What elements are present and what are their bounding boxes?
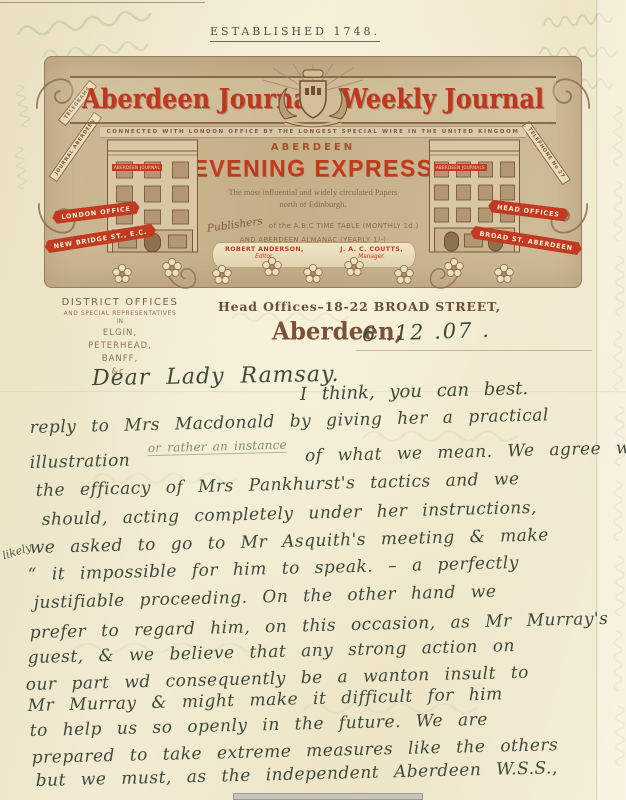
letter-line: should, acting completely under her inst… [42, 498, 538, 530]
letter-line-post: of what we mean. We agree with [305, 438, 626, 467]
paper-top-edge [0, 2, 205, 3]
dateline-rule [356, 350, 592, 351]
masthead-band: Aberdeen Journal Weekly Journal [70, 76, 556, 124]
telephone-ribbon: TELEPHONE No 27 [521, 121, 571, 186]
handwritten-date: 6 .12 .07 . [362, 318, 492, 346]
district-offices-title: DISTRICT OFFICES [48, 297, 192, 308]
letter-line: the efficacy of Mrs Pankhurst's tactics … [36, 469, 520, 501]
letter-line: we asked to go to Mr Asquith's meeting &… [30, 525, 550, 558]
evening-express-title: EVENING EXPRESS [162, 154, 464, 183]
vertical-fold-line [596, 0, 598, 800]
letter-line-with-insertion: illustration or rather an instance of wh… [30, 438, 626, 473]
left-building-sign: ABERDEEN JOURNAL [112, 164, 162, 171]
established-line: ESTABLISHED 1748. [0, 22, 590, 40]
publishers-line-1: Publishers of the A.B.C TIME TABLE (MONT… [162, 217, 464, 235]
scanned-letter-page: ESTABLISHED 1748. TELEGRAMS JOURNAL ABER… [0, 0, 626, 800]
aberdeen-label: ABERDEEN [162, 142, 464, 153]
bleedthrough-writing [14, 145, 31, 190]
letter-line: prefer to regard him, on this occasion, … [30, 609, 609, 643]
publishers-line-1-text: of the A.B.C TIME TABLE (MONTHLY 1d.) [269, 222, 419, 230]
letter-line: justifiable proceeding. On the other han… [34, 582, 497, 613]
bleedthrough-writing [14, 83, 33, 128]
floral-garland [102, 252, 524, 286]
letter-line: “ it impossible for him to speak. – a pe… [28, 553, 520, 585]
letter-line-pre: illustration [30, 451, 131, 473]
head-offices-address-line: Head Offices–18-22 BROAD STREET, [218, 299, 501, 314]
interlinear-insertion: or rather an instance [148, 438, 287, 456]
coat-of-arms [243, 64, 383, 130]
established-text: ESTABLISHED 1748. [210, 25, 380, 42]
tagline-line-2: north of Edinburgh. [162, 199, 464, 211]
tagline: The most influential and widely circulat… [162, 187, 464, 211]
letterhead-center-block: ABERDEEN EVENING EXPRESS The most influe… [162, 142, 464, 258]
letterhead-engraving: TELEGRAMS JOURNAL ABERDEEN TELEPHONE No … [44, 56, 582, 288]
right-building-sign: ABERDEEN JOURNALS [434, 164, 487, 171]
district-offices-sub: AND SPECIAL REPRESENTATIVES [48, 311, 192, 317]
scan-artifact-strip [233, 793, 423, 800]
paper-fold-strip [598, 0, 626, 800]
tagline-line-1: The most influential and widely circulat… [162, 187, 464, 199]
district-office-peterhead: PETERHEAD, [48, 341, 192, 351]
bleedthrough-writing [360, 428, 520, 442]
letter-line: to help us so openly in the future. We a… [30, 710, 488, 741]
margin-note: likely [1, 541, 34, 563]
district-office-elgin: ELGIN, [48, 328, 192, 338]
district-office-banff: BANFF, [48, 354, 192, 364]
district-offices-in: IN [48, 319, 192, 325]
letter-line: reply to Mrs Macdonald by giving her a p… [30, 405, 550, 438]
